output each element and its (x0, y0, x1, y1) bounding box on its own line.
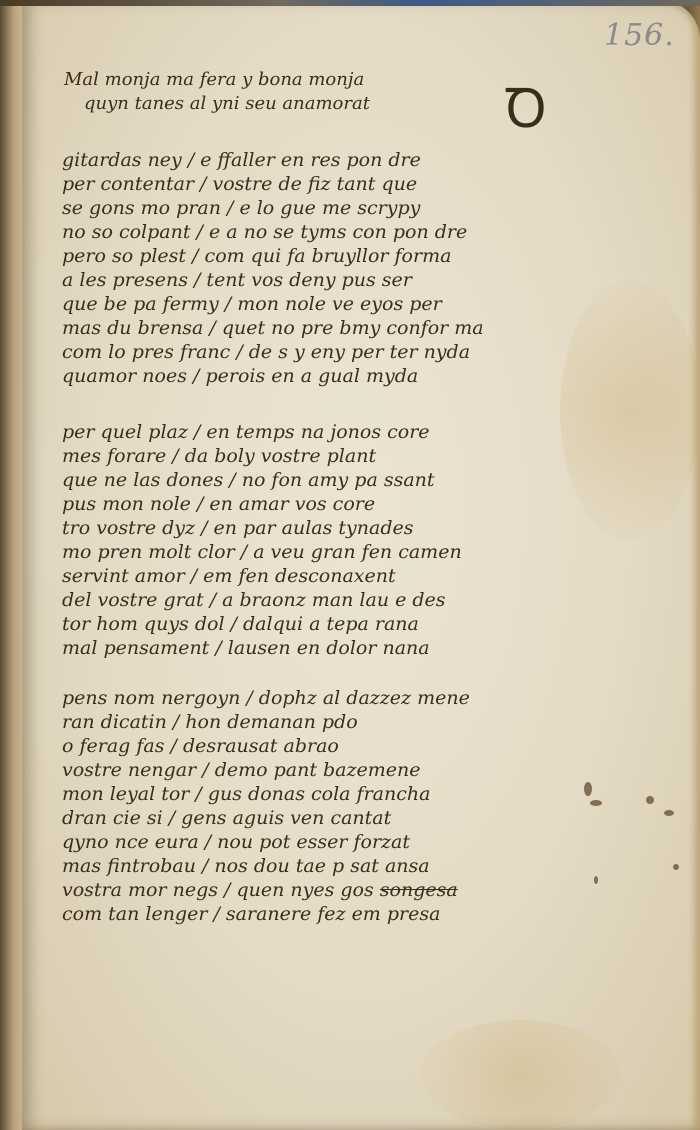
verse-line: tro vostre dyz / en par aulas tynades (62, 516, 462, 540)
verse-line: servint amor / em fen desconaxent (62, 564, 462, 588)
ink-blot (664, 810, 674, 816)
verse-line: vostre nengar / demo pant bazemene (62, 758, 470, 782)
ink-blot (673, 864, 679, 870)
verse-line: per contentar / vostre de fiz tant que (62, 172, 484, 196)
heading-line: quyn tanes al yni seu anamorat (84, 92, 370, 116)
ink-blot (594, 876, 598, 884)
verse-text: vostra mor negs / quen nyes gos (62, 879, 374, 901)
verse-line: pero so plest / com qui fa bruyllor form… (62, 244, 484, 268)
stanza-1: gitardas ney / e ffaller en res pon dre … (62, 148, 484, 388)
verse-line: o ferag fas / desrausat abrao (62, 734, 470, 758)
verse-line: mes forare / da boly vostre plant (62, 444, 462, 468)
verse-line: se gons mo pran / e lo gue me scrypy (62, 196, 484, 220)
verse-line: no so colpant / e a no se tyms con pon d… (62, 220, 484, 244)
heading-block: Mal monja ma fera y bona monja quyn tane… (64, 68, 370, 116)
verse-line: per quel plaz / en temps na jonos core (62, 420, 462, 444)
heading-line: Mal monja ma fera y bona monja (64, 68, 370, 92)
stanza-3: pens nom nergoyn / dophz al dazzez mene … (62, 686, 470, 926)
verse-line: com lo pres franc / de s y eny per ter n… (62, 340, 484, 364)
verse-line: mon leyal tor / gus donas cola francha (62, 782, 470, 806)
struck-word: songesa (380, 879, 458, 901)
ink-blot (584, 782, 592, 796)
verse-line: tor hom quys dol / dalqui a tepa rana (62, 612, 462, 636)
verse-line: com tan lenger / saranere fez em presa (62, 902, 470, 926)
verse-line: del vostre grat / a braonz man lau e des (62, 588, 462, 612)
verse-line: que be pa fermy / mon nole ve eyos per (62, 292, 484, 316)
folio-number: 156. (604, 18, 675, 53)
verse-line: mo pren molt clor / a veu gran fen camen (62, 540, 462, 564)
verse-line: mal pensament / lausen en dolor nana (62, 636, 462, 660)
verse-line: pus mon nole / en amar vos core (62, 492, 462, 516)
binding-edge (0, 0, 700, 6)
verse-line: gitardas ney / e ffaller en res pon dre (62, 148, 484, 172)
paper-stain (420, 1020, 620, 1130)
verse-line: que ne las dones / no fon amy pa ssant (62, 468, 462, 492)
verse-line: vostra mor negs / quen nyes gos songesa (62, 878, 470, 902)
ink-blot (646, 796, 654, 804)
ink-blot (590, 800, 602, 806)
heading-bracket-mark: Ꝺ (505, 82, 547, 136)
verse-line: qyno nce eura / nou pot esser forzat (62, 830, 470, 854)
verse-line: mas du brensa / quet no pre bmy confor m… (62, 316, 484, 340)
stanza-2: per quel plaz / en temps na jonos core m… (62, 420, 462, 660)
verse-line: ran dicatin / hon demanan pdo (62, 710, 470, 734)
verse-line: quamor noes / perois en a gual myda (62, 364, 484, 388)
verse-line: a les presens / tent vos deny pus ser (62, 268, 484, 292)
verse-line: mas fintrobau / nos dou tae p sat ansa (62, 854, 470, 878)
verse-line: dran cie si / gens aguis ven cantat (62, 806, 470, 830)
paper-stain (560, 280, 700, 540)
verse-line: pens nom nergoyn / dophz al dazzez mene (62, 686, 470, 710)
